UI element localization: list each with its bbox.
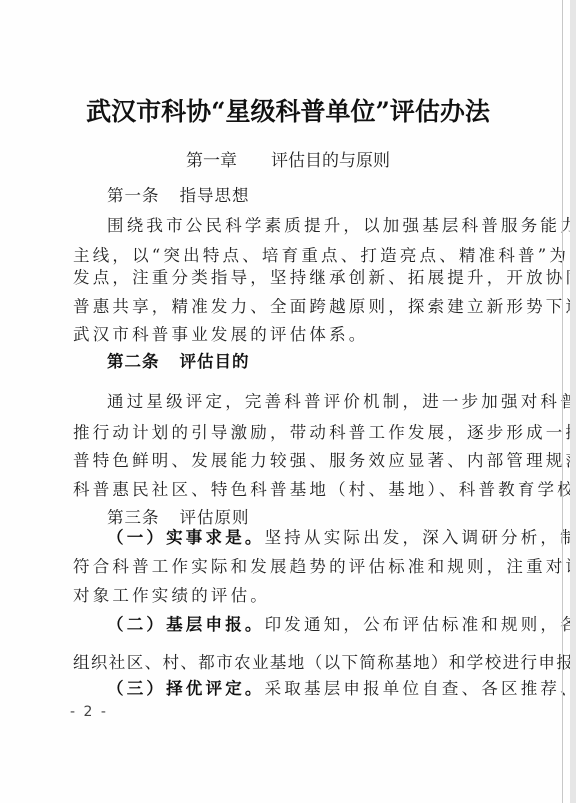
article-heading: 评估目的 xyxy=(180,352,250,371)
article-3-heading: 第三条评估原则 xyxy=(107,508,547,528)
paragraph-line: 对象工作实绩的评估。 xyxy=(73,586,513,606)
paragraph-line: 武汉市科普事业发展的评估体系。 xyxy=(73,325,513,345)
document-page: 武汉市科协“星级科普单位”评估办法 第一章评估目的与原则 第一条指导思想 围绕我… xyxy=(0,0,562,803)
scrollbar-track[interactable] xyxy=(570,0,576,803)
article-heading: 评估原则 xyxy=(180,508,250,527)
principle-3-line: （三）择优评定。采取基层申报单位自查、各区推荐、专家 xyxy=(107,679,547,699)
paragraph-line: 发点，注重分类指导，坚持继承创新、拓展提升，开放协同、 xyxy=(73,268,513,288)
article-2-heading: 第二条评估目的 xyxy=(107,352,547,372)
paragraph-line: 主线，以“突出特点、培育重点、打造亮点、精准科普”为出 xyxy=(73,246,513,266)
article-heading: 指导思想 xyxy=(180,186,250,205)
document-title: 武汉市科协“星级科普单位”评估办法 xyxy=(0,92,576,128)
chapter-number: 第一章 xyxy=(186,151,237,171)
principle-text: 印发通知，公布评估标准和规则，各区 xyxy=(265,615,576,634)
principle-title: （一）实事求是。 xyxy=(107,528,265,547)
paragraph-line: 推行动计划的引导激励，带动科普工作发展，逐步形成一批科 xyxy=(73,423,513,443)
paragraph-line: 普特色鲜明、发展能力较强、服务效应显著、内部管理规范的 xyxy=(73,451,513,471)
article-1-heading: 第一条指导思想 xyxy=(107,186,547,206)
chapter-name: 评估目的与原则 xyxy=(271,151,390,171)
page-edge-line xyxy=(562,0,563,803)
principle-2-line: （二）基层申报。印发通知，公布评估标准和规则，各区 xyxy=(107,615,547,635)
paragraph-line: 普惠共享，精准发力、全面跨越原则，探索建立新形势下适合 xyxy=(73,297,513,317)
chapter-heading: 第一章评估目的与原则 xyxy=(0,146,576,171)
paragraph-line: 围绕我市公民科学素质提升，以加强基层科普服务能力为 xyxy=(107,216,547,236)
article-label: 第一条 xyxy=(107,186,160,205)
paragraph-line: 组织社区、村、都市农业基地（以下简称基地）和学校进行申报。 xyxy=(73,653,513,673)
paragraph-line: 通过星级评定，完善科普评价机制，进一步加强对科普助 xyxy=(107,392,547,412)
principle-title: （三）择优评定。 xyxy=(107,679,265,698)
principle-text: 坚持从实际出发，深入调研分析，制定 xyxy=(265,528,576,547)
principle-1-line: （一）实事求是。坚持从实际出发，深入调研分析，制定 xyxy=(107,528,547,548)
paragraph-line: 科普惠民社区、特色科普基地（村、基地）、科普教育学校。 xyxy=(73,480,513,500)
article-label: 第二条 xyxy=(107,352,160,371)
paragraph-line: 符合科普工作实际和发展趋势的评估标准和规则，注重对评估 xyxy=(73,557,513,577)
principle-title: （二）基层申报。 xyxy=(107,615,265,634)
principle-text: 采取基层申报单位自查、各区推荐、专家 xyxy=(265,679,576,698)
page-number: - 2 - xyxy=(70,704,108,720)
article-label: 第三条 xyxy=(107,508,160,527)
